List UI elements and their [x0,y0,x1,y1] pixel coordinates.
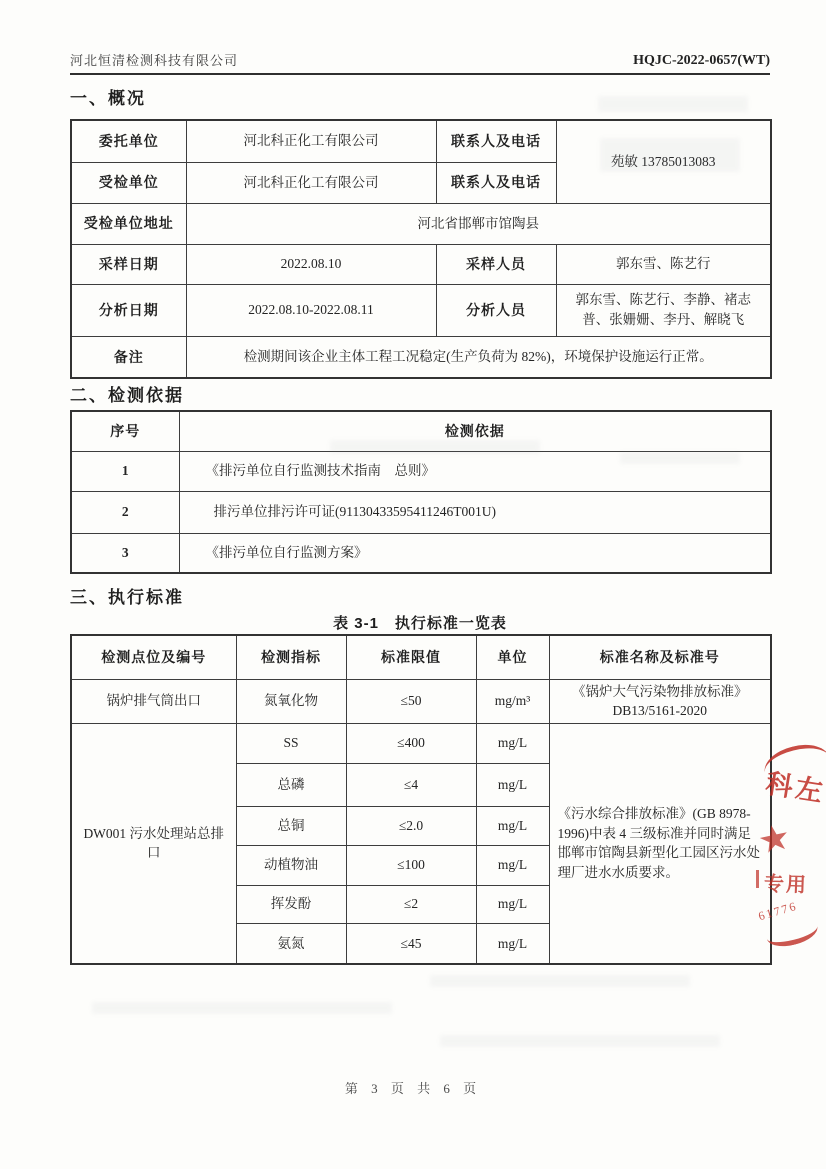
bleed-through-artifact [620,452,740,464]
basis-no-2: 2 [71,491,179,533]
standards-table-caption: 表 3-1 执行标准一览表 [70,612,770,633]
analysis-staff-value: 郭东雪、陈艺行、李静、褚志普、张姗姗、李丹、解晓飞 [556,284,771,336]
table-header-row: 检测点位及编号 检测指标 标准限值 单位 标准名称及标准号 [71,635,771,679]
table-row: 锅炉排气筒出口 氮氧化物 ≤50 mg/m³ 《锅炉大气污染物排放标准》 DB1… [71,679,771,723]
std-col-unit: 单位 [476,635,549,679]
table-row: 备注 检测期间该企业主体工程工况稳定(生产负荷为 82%)，环境保护设施运行正常… [71,336,771,378]
dw-unit-3: mg/L [476,806,549,845]
address-label: 受检单位地址 [71,203,186,244]
boiler-standard-line1: 《锅炉大气污染物排放标准》 [556,682,765,702]
section-title-basis: 二、检测依据 [70,381,184,406]
boiler-point: 锅炉排气筒出口 [71,679,236,723]
contact-label-2: 联系人及电话 [436,162,556,203]
dw-limit-6: ≤45 [346,923,476,964]
basis-no-1: 1 [71,451,179,491]
remark-value: 检测期间该企业主体工程工况稳定(生产负荷为 82%)，环境保护设施运行正常。 [186,336,771,378]
stamp-text-top: 科左 [763,762,826,810]
inspected-unit-label: 受检单位 [71,162,186,203]
sampling-staff-label: 采样人员 [436,244,556,284]
stamp-text-bottom: 专用 [764,867,809,898]
bleed-through-artifact [598,96,748,112]
entrust-unit-label: 委托单位 [71,120,186,162]
sampling-date-label: 采样日期 [71,244,186,284]
basis-table: 序号 检测依据 1 《排污单位自行监测技术指南 总则》 2 排污单位排污许可证(… [70,410,772,574]
boiler-indicator: 氮氧化物 [236,679,346,723]
entrust-unit-value: 河北科正化工有限公司 [186,120,436,162]
table-row: 受检单位地址 河北省邯郸市馆陶县 [71,203,771,244]
contact-label-1: 联系人及电话 [436,120,556,162]
table-row: DW001 污水处理站总排口 SS ≤400 mg/L 《污水综合排放标准》(G… [71,723,771,763]
std-col-limit: 标准限值 [346,635,476,679]
sampling-staff-value: 郭东雪、陈艺行 [556,244,771,284]
analysis-date-value: 2022.08.10-2022.08.11 [186,284,436,336]
basis-text-3: 《排污单位自行监测方案》 [179,533,771,573]
report-page: 河北恒清检测科技有限公司 HQJC-2022-0657(WT) 一、概况 委托单… [0,0,826,1169]
dw-limit-2: ≤4 [346,763,476,806]
dw-unit-6: mg/L [476,923,549,964]
dw-unit-2: mg/L [476,763,549,806]
dw-point: DW001 污水处理站总排口 [71,723,236,964]
bleed-through-artifact [600,138,740,172]
address-value: 河北省邯郸市馆陶县 [186,203,771,244]
bleed-through-artifact [92,1002,392,1014]
dw-limit-1: ≤400 [346,723,476,763]
boiler-limit: ≤50 [346,679,476,723]
basis-col-no: 序号 [71,411,179,451]
dw-limit-5: ≤2 [346,885,476,923]
analysis-date-label: 分析日期 [71,284,186,336]
dw-indicator-1: SS [236,723,346,763]
dw-indicator-6: 氨氮 [236,923,346,964]
bleed-through-artifact [440,1035,720,1047]
boiler-standard: 《锅炉大气污染物排放标准》 DB13/5161-2020 [549,679,771,723]
dw-indicator-4: 动植物油 [236,845,346,885]
page-footer: 第 3 页 共 6 页 [0,1078,826,1097]
bleed-through-artifact [330,440,540,454]
remark-label: 备注 [71,336,186,378]
table-row: 分析日期 2022.08.10-2022.08.11 分析人员 郭东雪、陈艺行、… [71,284,771,336]
bleed-through-artifact [430,975,690,987]
std-col-point: 检测点位及编号 [71,635,236,679]
header-rule [70,73,770,75]
dw-limit-4: ≤100 [346,845,476,885]
dw-unit-5: mg/L [476,885,549,923]
inspected-unit-value: 河北科正化工有限公司 [186,162,436,203]
std-col-indicator: 检测指标 [236,635,346,679]
table-row: 3 《排污单位自行监测方案》 [71,533,771,573]
boiler-standard-line2: DB13/5161-2020 [556,701,765,721]
standards-table: 检测点位及编号 检测指标 标准限值 单位 标准名称及标准号 锅炉排气筒出口 氮氧… [70,634,772,965]
dw-indicator-2: 总磷 [236,763,346,806]
basis-no-3: 3 [71,533,179,573]
report-number: HQJC-2022-0657(WT) [633,53,770,69]
star-icon: ★ [754,815,794,863]
company-name: 河北恒清检测科技有限公司 [70,50,238,69]
dw-standard: 《污水综合排放标准》(GB 8978-1996)中表 4 三级标准并同时满足邯郸… [549,723,771,964]
analysis-staff-label: 分析人员 [436,284,556,336]
dw-indicator-3: 总铜 [236,806,346,845]
sampling-date-value: 2022.08.10 [186,244,436,284]
report-header: 河北恒清检测科技有限公司 HQJC-2022-0657(WT) [70,50,770,69]
section-title-overview: 一、概况 [70,84,146,109]
dw-indicator-5: 挥发酚 [236,885,346,923]
basis-text-2: 排污单位排污许可证(91130433595411246T001U) [179,491,771,533]
table-row: 2 排污单位排污许可证(91130433595411246T001U) [71,491,771,533]
dw-unit-1: mg/L [476,723,549,763]
boiler-unit: mg/m³ [476,679,549,723]
red-stamp: 科左 ★ 专用 61776 [750,742,826,942]
dw-unit-4: mg/L [476,845,549,885]
section-title-standards: 三、执行标准 [70,583,184,608]
dw-limit-3: ≤2.0 [346,806,476,845]
std-col-standard: 标准名称及标准号 [549,635,771,679]
table-row: 采样日期 2022.08.10 采样人员 郭东雪、陈艺行 [71,244,771,284]
stamp-bar [756,870,759,888]
